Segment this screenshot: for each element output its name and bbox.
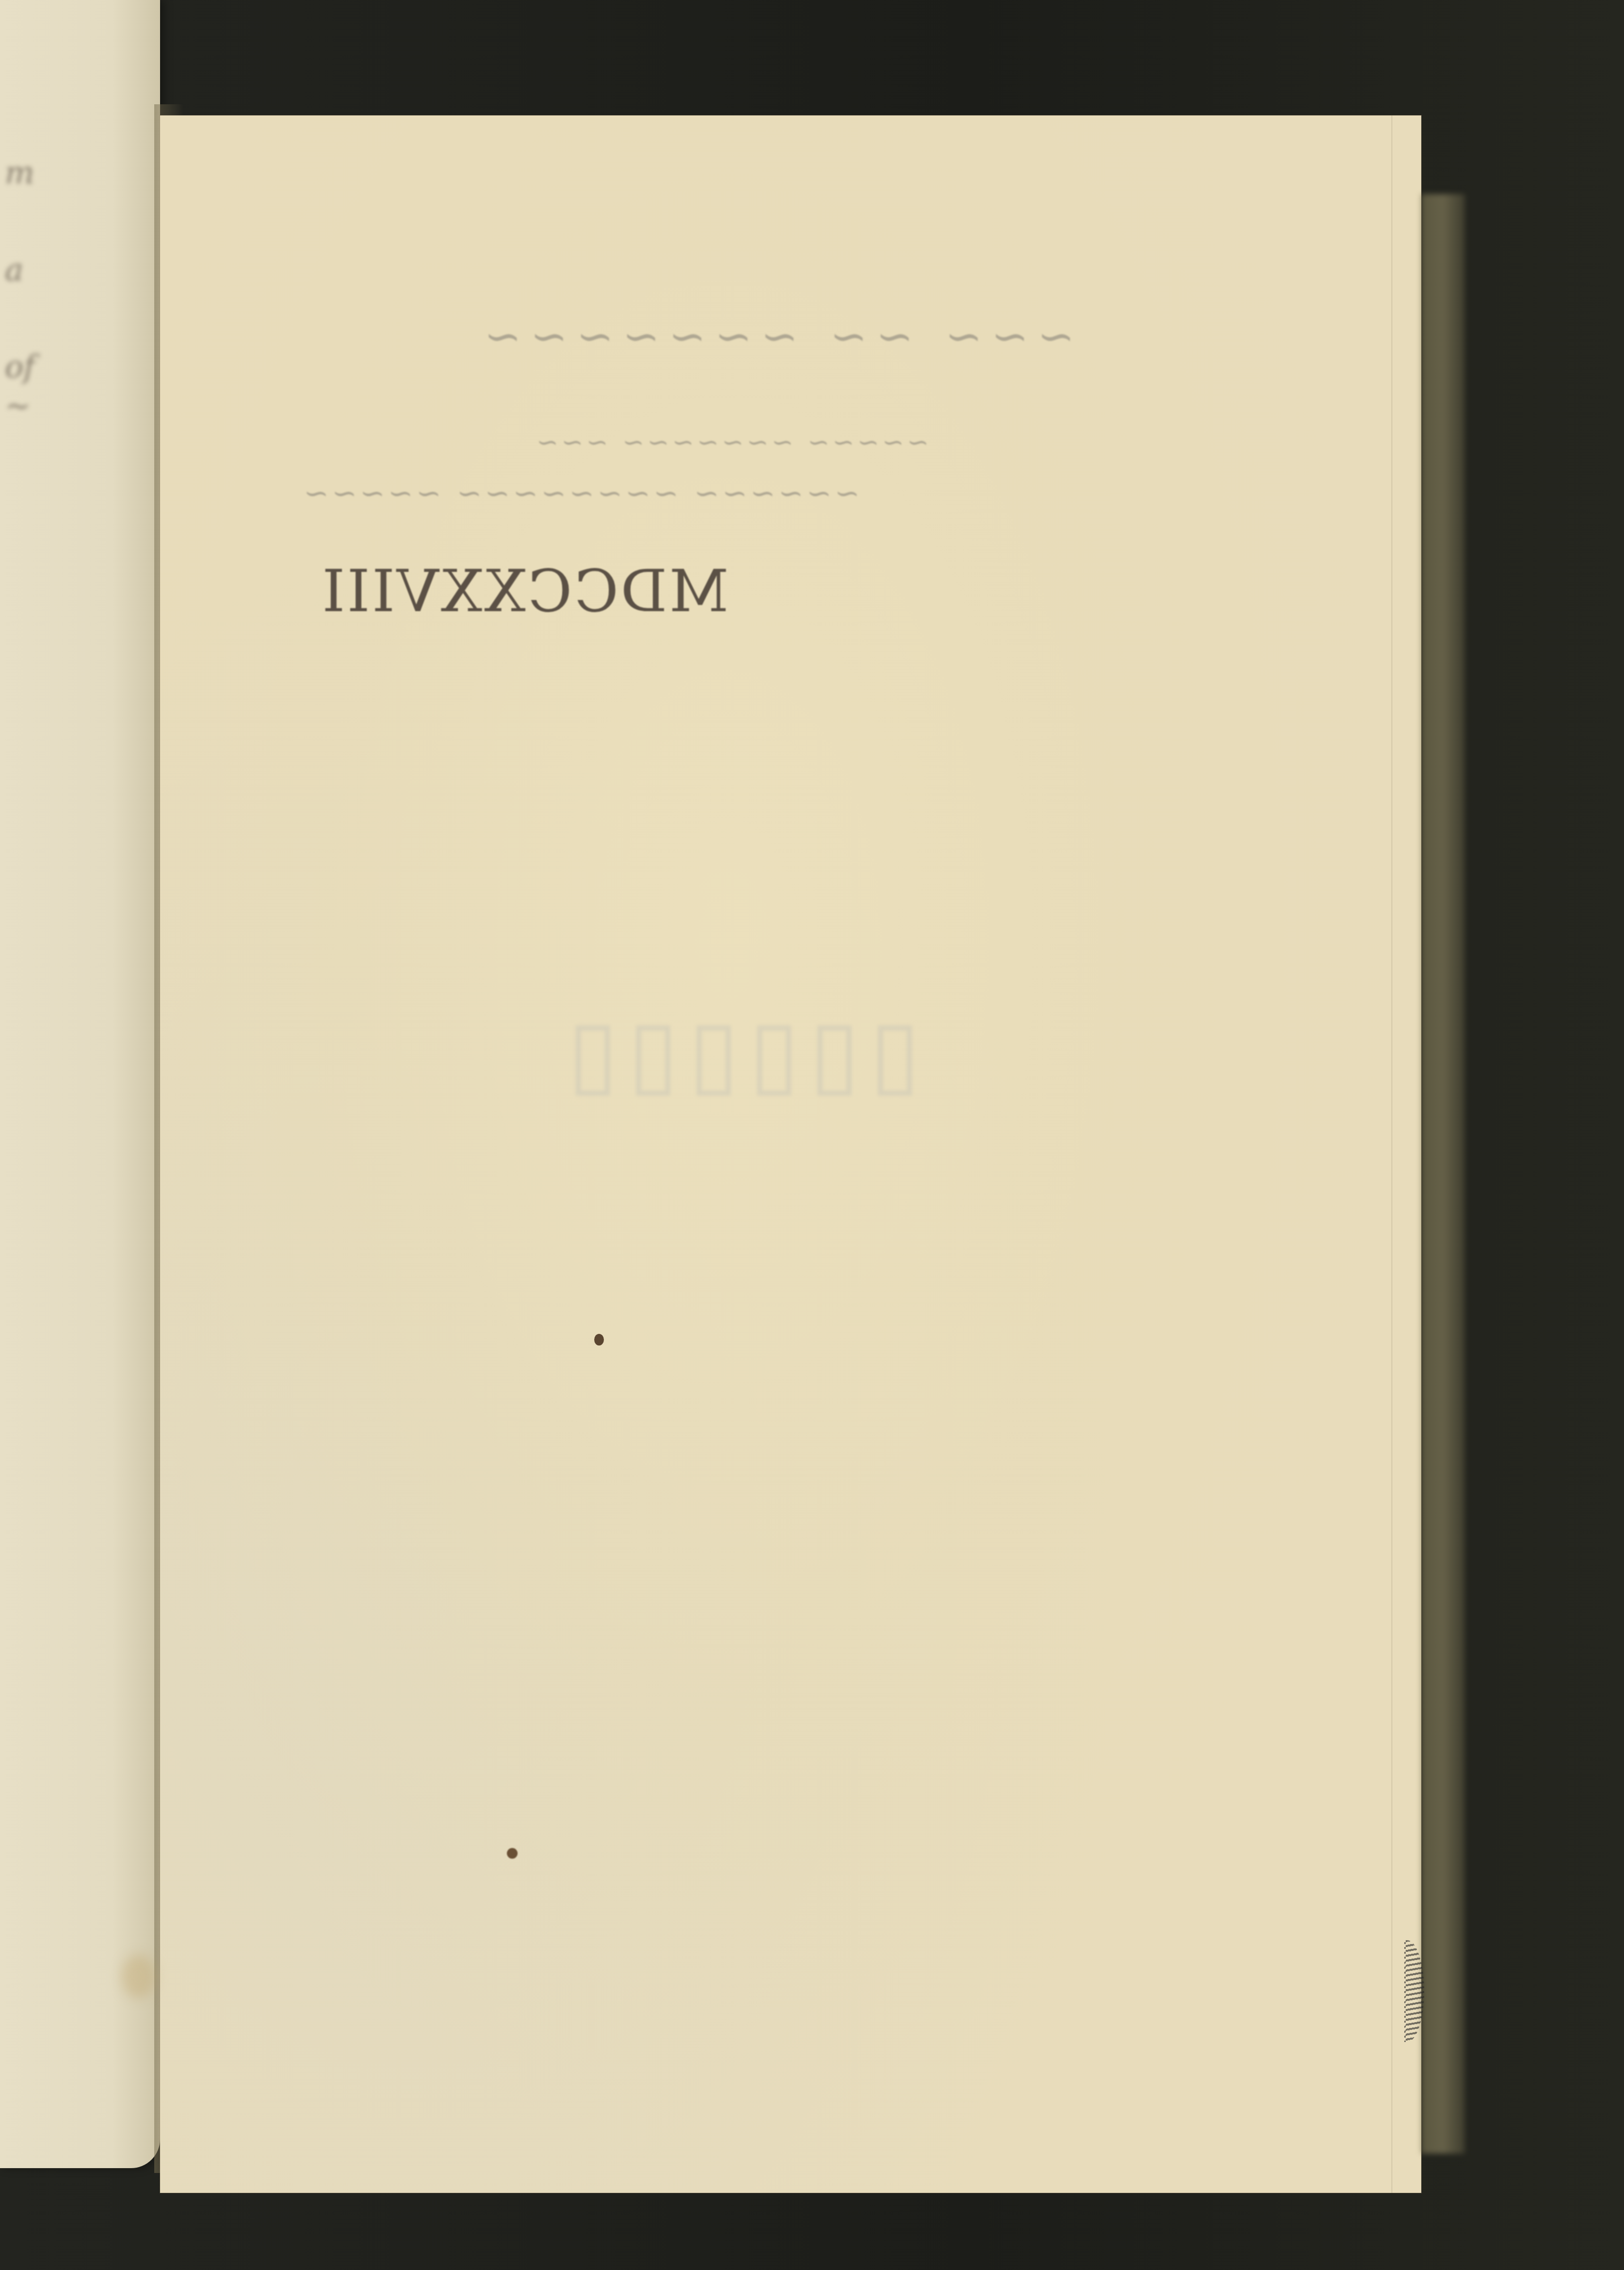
bleed-through-handwriting: ~~~~~~ ~~~~~~~~ ~~~~~ [301,475,860,511]
left-leaf-ghost-text: ~ [5,388,150,424]
left-facing-leaf: m a of ~ [0,0,160,2168]
bleed-through-handwriting: ~~~~~ ~~~~~~~ ~~~ [534,427,929,457]
foxing-spot [594,1334,604,1346]
mirrored-imprint-date: MDCCXXVIII [320,558,729,625]
book-fore-edge [1421,194,1465,2154]
water-stain [121,1955,155,1998]
left-leaf-ghost-text: a [5,252,150,288]
bleed-through-handwriting: ~~~ ~~ ~~~~~~~ [475,310,1075,362]
foxing-spot [507,1848,518,1859]
left-leaf-ghost-text: m [5,155,150,191]
page-fold-line [1392,115,1392,2193]
bleed-through-title: ▯▯▯▯▯▯ [558,999,920,1106]
left-leaf-ghost-text: of [5,349,150,385]
